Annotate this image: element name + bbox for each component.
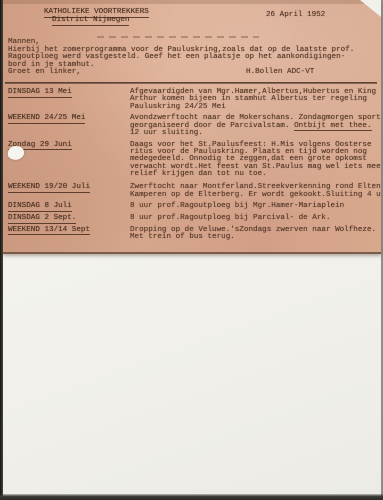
schedule-line: 8 uur prof.Ragoutploeg bij Parcival- de … — [130, 215, 381, 222]
schedule-date-label: DINSDAG 2 Sept. — [8, 215, 130, 222]
schedule-row: DINSDAG 8 Juli 8 uur prof.Ragoutploeg bi… — [8, 203, 381, 210]
scanned-letter-page: KATHOLIEKE VOORTREKKERS District Nijmege… — [0, 0, 383, 500]
faded-erasure-marks — [97, 36, 259, 38]
schedule-date-label: WEEKEND 19/20 Juli — [8, 184, 130, 191]
letter-body: Hierbij het zomerprogramma voor de Paulu… — [8, 47, 381, 69]
schedule-description: Avondzwerftocht naar de Mokerschans. Zon… — [130, 115, 381, 137]
schedule-row: Zondag 29 Juni Daags voor het St.Paulusf… — [8, 142, 381, 178]
letter-date: 26 April 1952 — [266, 12, 325, 19]
scan-edge-left — [0, 0, 3, 500]
paper-top-edge-shade — [3, 0, 381, 4]
schedule-line: Pauluskring 24/25 Mei — [130, 104, 381, 111]
schedule-row: WEEKEND 24/25 Mei Avondzwerftocht naar d… — [8, 115, 381, 137]
schedule-date-label: WEEKEND 13/14 Sept — [8, 227, 130, 234]
paper-document: KATHOLIEKE VOORTREKKERS District Nijmege… — [3, 0, 381, 254]
divider-rule — [5, 82, 377, 84]
schedule-description: Afgevaardigden van Mgr.Hamer,Albertus,Hu… — [130, 89, 381, 111]
schedule-description: 8 uur prof.Ragoutploeg bij Parcival- de … — [130, 215, 381, 222]
schedule-row: WEEKEND 19/20 Juli Zwerftocht naar Montf… — [8, 184, 381, 199]
schedule-row: DINSDAG 13 Mei Afgevaardigden van Mgr.Ha… — [8, 89, 381, 111]
letterhead: KATHOLIEKE VOORTREKKERS District Nijmege… — [44, 9, 149, 26]
schedule-row: DINSDAG 2 Sept. 8 uur prof.Ragoutploeg b… — [8, 215, 381, 222]
schedule-description: Daags voor het St.Paulusfeest: H.Mis vol… — [130, 142, 381, 178]
schedule-line: Met trein of bus terug. — [130, 234, 381, 241]
schedule-line: 12 uur sluiting. — [130, 130, 381, 137]
schedule-description: 8 uur prof.Ragoutploeg bij Mgr.Hamer-Mar… — [130, 203, 381, 210]
schedule-description: Dropping op de Veluwe.'sZondags zwerven … — [130, 227, 381, 242]
schedule-line: 8 uur prof.Ragoutploeg bij Mgr.Hamer-Mar… — [130, 203, 381, 210]
signature: H.Bollen ADC-VT — [246, 69, 314, 76]
schedule-line: relief krijgen dan tot nu toe. — [130, 171, 381, 178]
schedule-date-label: DINSDAG 13 Mei — [8, 89, 130, 96]
closing-text: Groet en linker, — [8, 68, 81, 76]
schedule-row: WEEKEND 13/14 Sept Dropping op de Veluwe… — [8, 227, 381, 242]
schedule-line: Kamperen op de Elterberg. Er wordt gekoo… — [130, 192, 381, 199]
underlined-phrase: Ontbijt met thee. — [294, 122, 371, 132]
schedule-date-label: DINSDAG 8 Juli — [8, 203, 130, 210]
schedule-date-label: WEEKEND 24/25 Mei — [8, 115, 130, 122]
org-district: District Nijmegen — [52, 16, 129, 26]
schedule-date-label: Zondag 29 Juni — [8, 142, 130, 149]
scan-edge-bottom — [0, 494, 383, 500]
schedule-list: DINSDAG 13 Mei Afgevaardigden van Mgr.Ha… — [8, 89, 381, 246]
closing-row: Groet en linker, H.Bollen ADC-VT — [8, 69, 381, 76]
schedule-description: Zwerftocht naar Montferland.Streekverken… — [130, 184, 381, 199]
